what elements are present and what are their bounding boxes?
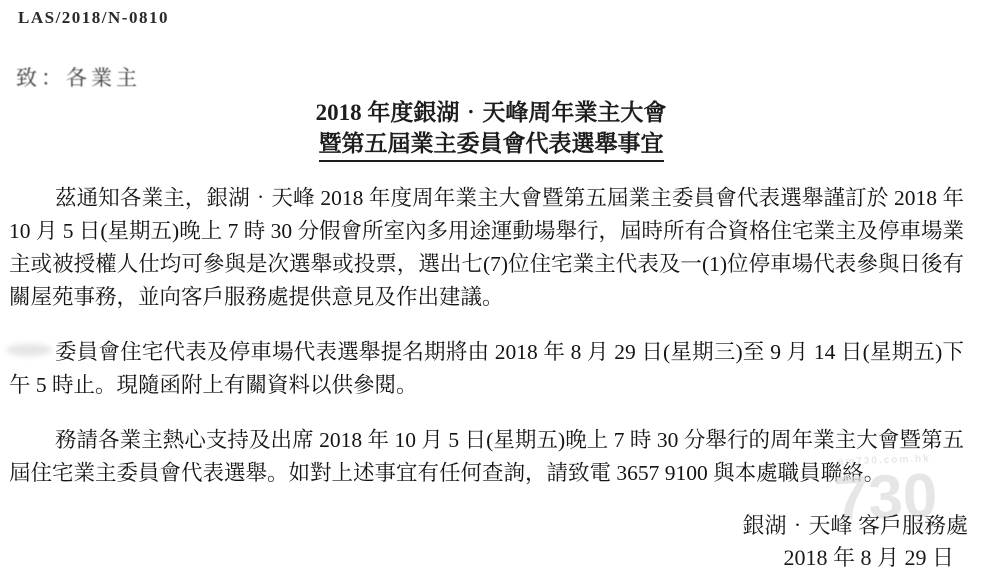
scan-artifact: [6, 344, 52, 356]
scanned-notice-page: LAS/2018/N-0810 致：各業主 2018 年度銀湖‧天峰周年業主大會…: [0, 0, 982, 575]
signature-block: 銀湖‧天峰 客戶服務處 2018 年 8 月 29 日: [742, 510, 968, 574]
reference-number: LAS/2018/N-0810: [18, 8, 169, 28]
body-paragraph-2: 委員會住宅代表及停車場代表選舉提名期將由 2018 年 8 月 29 日(星期三…: [9, 336, 964, 402]
recipient-line: 致：各業主: [16, 62, 141, 92]
date-line: 2018 年 8 月 29 日: [742, 542, 968, 574]
body-paragraph-1: 茲通知各業主，銀湖‧天峰 2018 年度周年業主大會暨第五屆業主委員會代表選舉謹…: [9, 182, 964, 314]
document-title-block: 2018 年度銀湖‧天峰周年業主大會 暨第五屆業主委員會代表選舉事宜: [0, 97, 982, 162]
signature-line: 銀湖‧天峰 客戶服務處: [742, 510, 968, 542]
document-title: 2018 年度銀湖‧天峰周年業主大會: [0, 97, 982, 128]
document-subtitle: 暨第五屆業主委員會代表選舉事宜: [319, 128, 664, 162]
notice-body: 茲通知各業主，銀湖‧天峰 2018 年度周年業主大會暨第五屆業主委員會代表選舉謹…: [9, 182, 964, 512]
body-paragraph-3: 務請各業主熱心支持及出席 2018 年 10 月 5 日(星期五)晚上 7 時 …: [9, 424, 964, 490]
